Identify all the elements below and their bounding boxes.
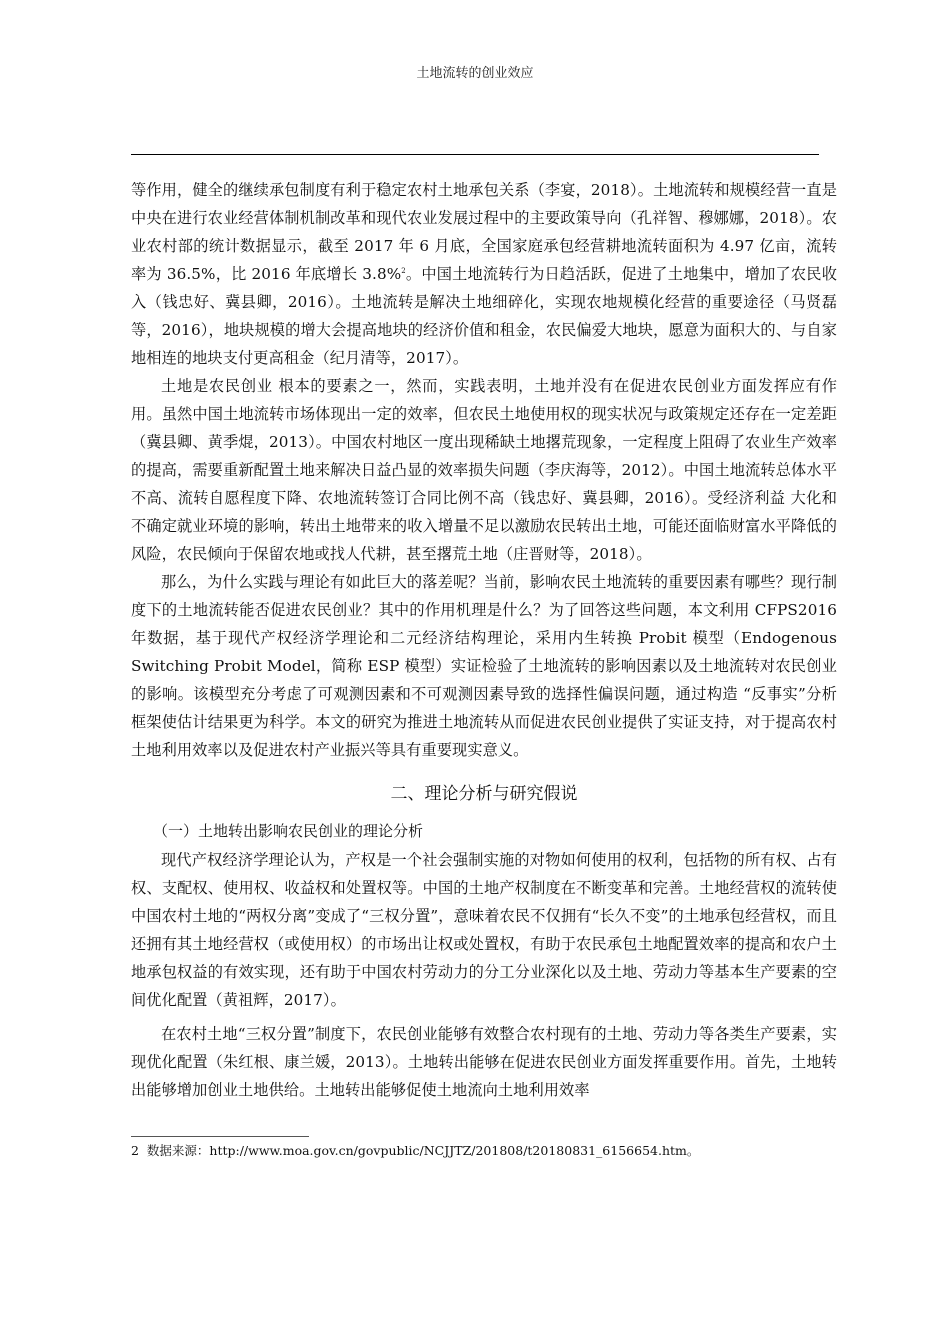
running-header-title: 土地流转的创业效应 — [0, 62, 950, 81]
paragraph-three-rights: 在农村土地“三权分置”制度下，农民创业能够有效整合农村现有的土地、劳动力等各类生… — [131, 1020, 837, 1104]
footnote: 2 数据来源：http://www.moa.gov.cn/govpublic/N… — [131, 1142, 837, 1160]
page-body: 等作用，健全的继续承包制度有利于稳定农村土地承包关系（李宴，2018）。土地流转… — [131, 176, 837, 1104]
footnote-rule — [131, 1136, 309, 1137]
paragraph-land-entrepreneurship: 土地是农民创业 根本的要素之一，然而，实践表明，土地并没有在促进农民创业方面发挥… — [131, 372, 837, 568]
subsection-heading: （一）土地转出影响农民创业的理论分析 — [153, 816, 837, 846]
footnote-number: 2 — [131, 1143, 139, 1158]
section-heading: 二、理论分析与研究假说 — [131, 776, 837, 812]
paragraph-property-rights: 现代产权经济学理论认为，产权是一个社会强制实施的对物如何使用的权利，包括物的所有… — [131, 846, 837, 1014]
paragraph-continuation: 等作用，健全的继续承包制度有利于稳定农村土地承包关系（李宴，2018）。土地流转… — [131, 176, 837, 372]
header-rule — [131, 154, 819, 155]
paragraph-research-question: 那么，为什么实践与理论有如此巨大的落差呢？当前，影响农民土地流转的重要因素有哪些… — [131, 568, 837, 764]
footnote-text: 数据来源：http://www.moa.gov.cn/govpublic/NCJ… — [147, 1143, 699, 1158]
